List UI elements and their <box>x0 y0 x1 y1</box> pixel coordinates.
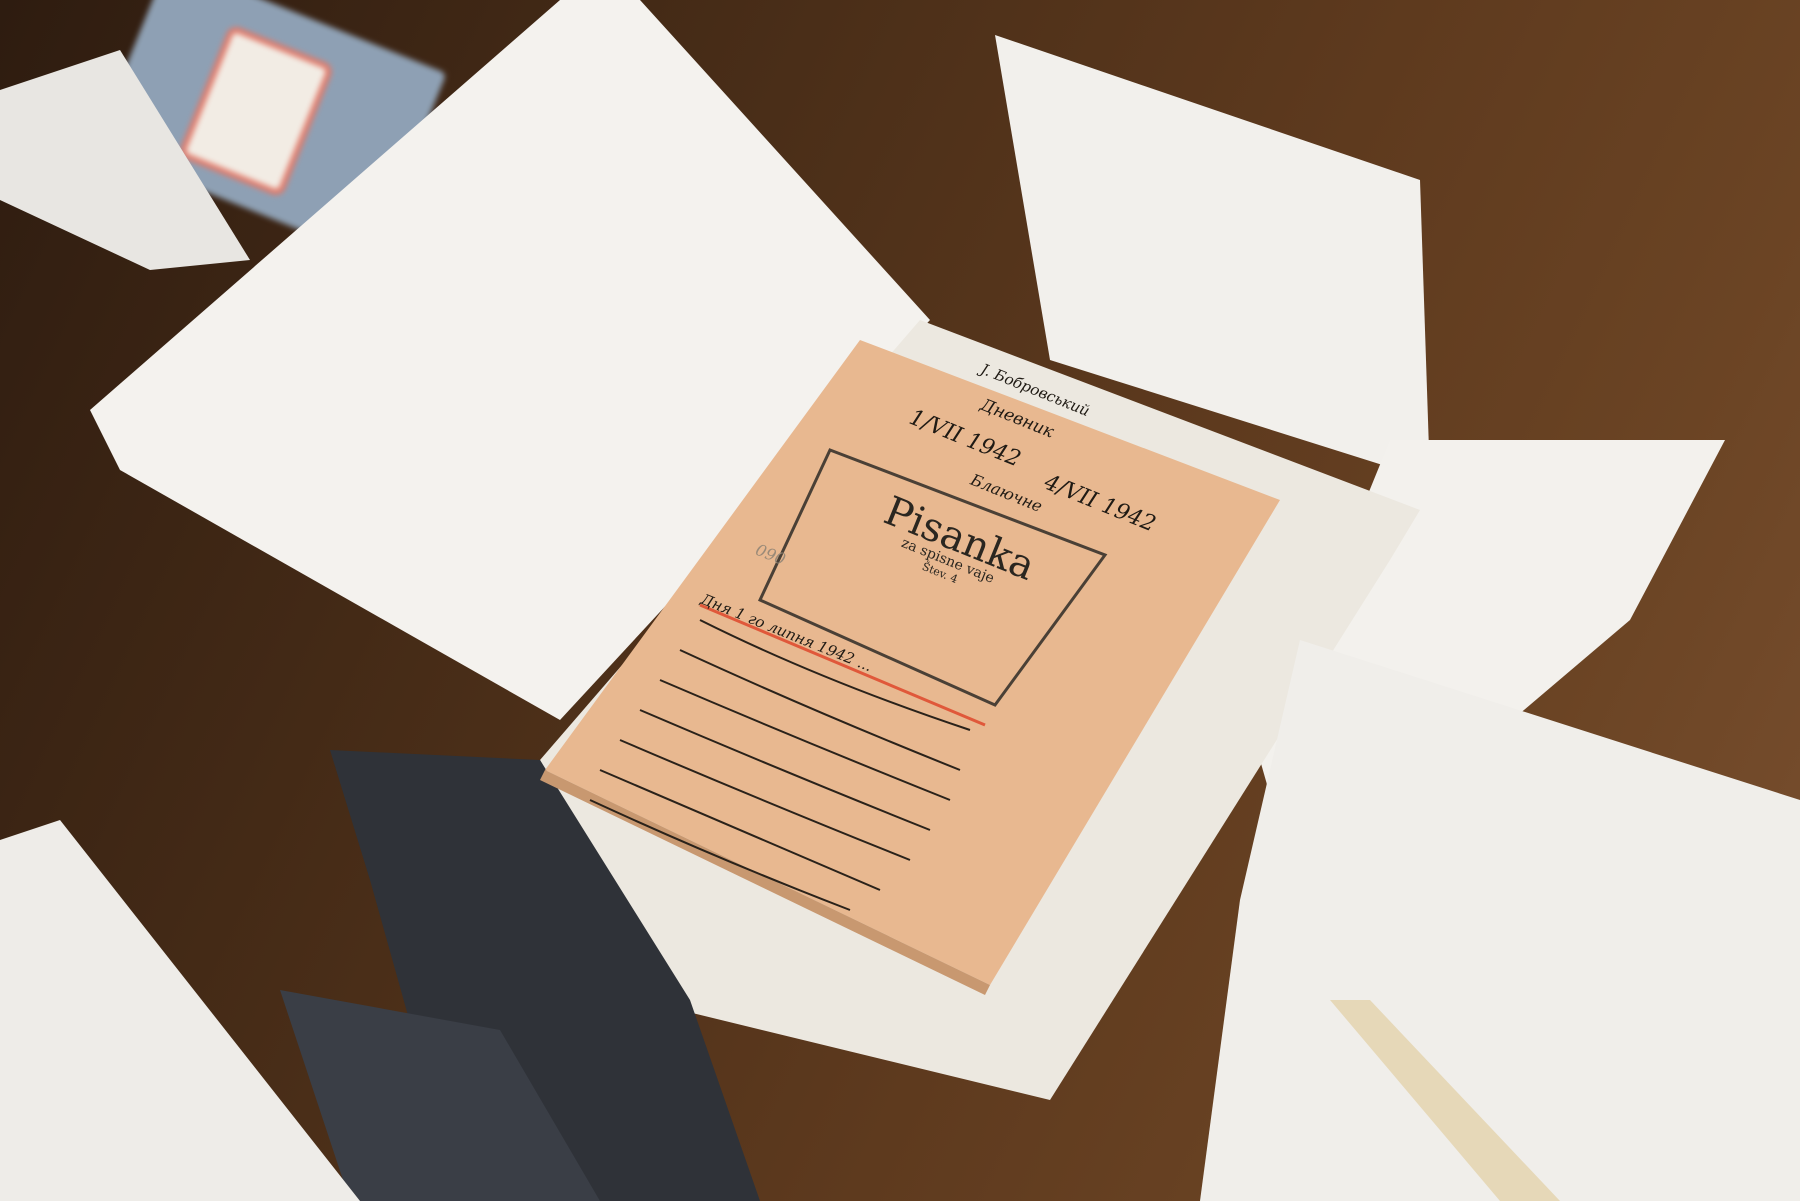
folder-illustration <box>0 0 1800 1201</box>
